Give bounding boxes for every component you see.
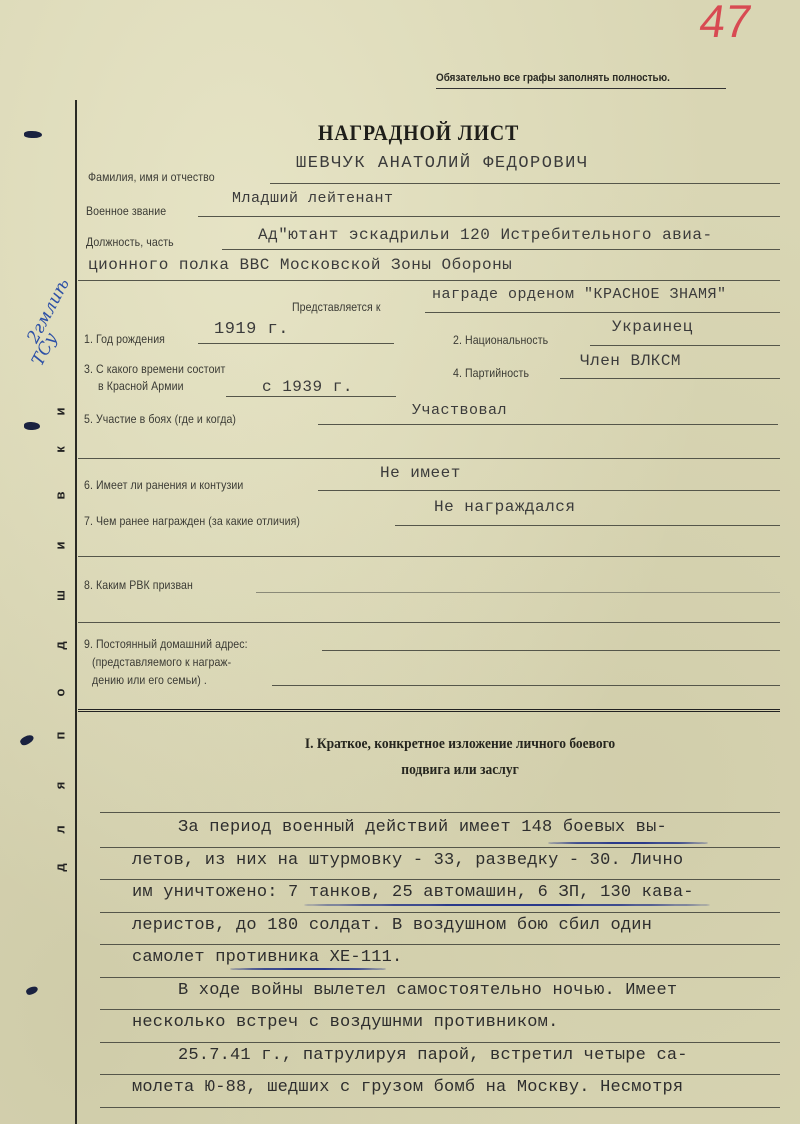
battles-line-2	[78, 458, 780, 459]
party-value[interactable]: Член ВЛКСМ	[580, 352, 681, 370]
narrative-rule	[100, 1042, 780, 1043]
narrative-rule	[100, 912, 780, 913]
section-separator	[78, 709, 780, 714]
narrative-line: 25.7.41 г., патрулируя парой, встретил ч…	[178, 1046, 688, 1065]
award-value[interactable]: награде орденом "КРАСНОЕ ЗНАМЯ"	[432, 286, 727, 303]
position-line-1	[222, 249, 780, 250]
wounds-label: 6. Имеет ли ранения и контузии	[84, 478, 243, 492]
narrative-line: леристов, до 180 солдат. В воздушном бою…	[132, 916, 652, 935]
nationality-label: 2. Национальность	[453, 333, 548, 347]
punch-hole-mark	[24, 422, 40, 430]
address-label-2: (представляемого к награж-	[92, 655, 231, 669]
ink-underline-destroyed	[304, 904, 710, 906]
notice-underline	[436, 88, 726, 89]
punch-hole-mark	[24, 131, 42, 138]
position-label: Должность, часть	[86, 235, 174, 249]
rvk-line-2	[78, 622, 780, 623]
narrative-line: летов, из них на штурмовку - 33, разведк…	[132, 851, 683, 870]
army-since-label-1: 3. С какого времени состоит	[84, 362, 225, 376]
address-line-1	[322, 650, 780, 651]
narrative-line: несколько встреч с воздушнми противником…	[132, 1013, 558, 1032]
margin-letter: о	[53, 686, 68, 700]
margin-binding-label: и к в и ш д о п я л д	[50, 390, 70, 850]
binding-margin-line	[75, 100, 77, 1124]
prior-awards-label: 7. Чем ранее награжден (за какие отличия…	[84, 514, 300, 528]
nationality-value[interactable]: Украинец	[612, 318, 693, 336]
narrative-line: им уничтожено: 7 танков, 25 автомашин, 6…	[132, 883, 694, 902]
narrative-rule	[100, 1074, 780, 1075]
award-line	[425, 312, 780, 313]
birth-year-line	[198, 343, 394, 344]
section1-heading-line2: подвига или заслуг	[190, 762, 730, 779]
punch-hole-mark	[25, 985, 39, 996]
narrative-line: молета Ю-88, шедших с грузом бомб на Мос…	[132, 1078, 683, 1097]
prior-awards-value[interactable]: Не награждался	[434, 498, 575, 516]
narrative-line: За период военный действий имеет 148 бое…	[178, 818, 667, 837]
army-since-value[interactable]: с 1939 г.	[262, 378, 353, 396]
position-value-line1[interactable]: Ад"ютант эскадрильи 120 Истребительного …	[258, 226, 713, 244]
battles-line-1	[318, 424, 778, 425]
margin-letter: и	[53, 539, 68, 553]
rank-line	[198, 216, 780, 217]
document-title: НАГРАДНОЙ ЛИСТ	[318, 120, 519, 146]
narrative-rule	[100, 1107, 780, 1108]
position-line-2	[78, 280, 780, 281]
full-name-value[interactable]: ШЕВЧУК АНАТОЛИЙ ФЕДОРОВИЧ	[296, 154, 589, 173]
margin-letter: л	[53, 823, 68, 837]
fill-all-fields-notice: Обязательно все графы заполнять полность…	[436, 72, 670, 84]
full-name-label: Фамилия, имя и отчество	[88, 170, 215, 184]
position-value-line2[interactable]: ционного полка ВВС Московской Зоны Оборо…	[88, 256, 512, 274]
handwritten-page-number: 47	[696, 0, 755, 48]
punch-hole-mark	[19, 733, 35, 747]
rank-label: Военное звание	[86, 204, 166, 218]
army-since-line	[226, 396, 396, 397]
rvk-line	[256, 592, 780, 593]
margin-letter: в	[53, 489, 68, 503]
address-label-1: 9. Постоянный домашний адрес:	[84, 637, 248, 651]
margin-letter: д	[53, 861, 68, 875]
battles-label: 5. Участие в боях (где и когда)	[84, 412, 236, 426]
narrative-rule	[100, 847, 780, 848]
narrative-rule	[100, 1009, 780, 1010]
full-name-line	[270, 183, 780, 184]
margin-letter: я	[53, 779, 68, 793]
army-since-label-2: в Красной Армии	[98, 379, 184, 393]
prior-awards-line-1	[395, 525, 780, 526]
party-line	[560, 378, 780, 379]
wounds-line	[318, 490, 780, 491]
ink-underline-sorties	[548, 842, 708, 844]
birth-year-value[interactable]: 1919 г.	[214, 320, 289, 339]
rvk-label: 8. Каким РВК призван	[84, 578, 193, 592]
ink-underline-aircraft	[230, 968, 386, 970]
narrative-rule	[100, 977, 780, 978]
wounds-value[interactable]: Не имеет	[380, 464, 461, 482]
party-label: 4. Партийность	[453, 366, 529, 380]
margin-letter: и	[53, 405, 68, 419]
narrative-rule	[100, 944, 780, 945]
margin-letter: п	[53, 729, 68, 743]
margin-letter: д	[53, 639, 68, 653]
award-label: Представляется к	[292, 300, 381, 314]
nationality-line	[590, 345, 780, 346]
margin-handwritten-note: 2гмлиѣ	[2, 230, 53, 301]
section1-heading-line1: I. Краткое, конкретное изложение личного…	[190, 736, 730, 753]
prior-awards-line-2	[78, 556, 780, 557]
margin-letter: ш	[53, 589, 68, 603]
margin-letter: к	[53, 443, 68, 457]
birth-year-label: 1. Год рождения	[84, 332, 165, 346]
narrative-line: самолет противника ХЕ-111.	[132, 948, 402, 967]
narrative-line: В ходе войны вылетел самостоятельно ночь…	[178, 981, 677, 1000]
rank-value[interactable]: Младший лейтенант	[232, 190, 394, 207]
address-line-2	[272, 685, 780, 686]
address-label-3: дению или его семьи) .	[92, 673, 207, 687]
narrative-rule	[100, 879, 780, 880]
battles-value[interactable]: Участвовал	[412, 402, 507, 419]
narrative-rule	[100, 812, 780, 813]
